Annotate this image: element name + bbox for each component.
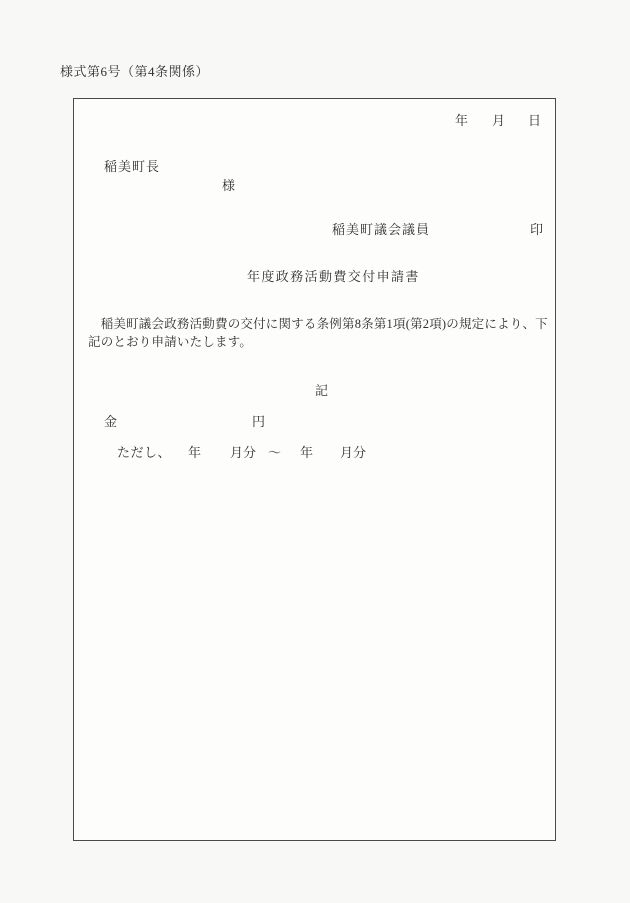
period-from-year-label: 年	[188, 442, 201, 461]
period-to-year-label: 年	[300, 442, 313, 461]
date-year-label: 年	[455, 110, 468, 129]
period-to-month-label: 月分	[340, 442, 366, 461]
applicant-role-label: 稲美町議会議員	[332, 219, 430, 238]
body-paragraph-line-1: 稲美町議会政務活動費の交付に関する条例第8条第1項(第2項)の規定により、下	[88, 316, 550, 334]
addressee-honorific: 様	[222, 175, 235, 194]
period-from-month-label: 月分	[230, 442, 256, 461]
amount-currency-prefix: 金	[104, 411, 117, 430]
date-day-label: 日	[528, 110, 541, 129]
amount-currency-suffix: 円	[252, 411, 265, 430]
period-range-tilde: ～	[268, 442, 281, 461]
application-form-paper: 年 月 日 稲美町長 様 稲美町議会議員 印 年度政務活動費交付申請書 稲美町議…	[73, 98, 556, 841]
document-page: 様式第6号（第4条関係） 年 月 日 稲美町長 様 稲美町議会議員 印 年度政務…	[0, 0, 630, 903]
body-paragraph-line-2: 記のとおり申請いたします。	[88, 334, 550, 352]
document-title: 年度政務活動費交付申請書	[247, 266, 420, 285]
body-paragraph: 稲美町議会政務活動費の交付に関する条例第8条第1項(第2項)の規定により、下 記…	[88, 316, 550, 351]
addressee-name: 稲美町長	[104, 156, 160, 175]
seal-placeholder-label: 印	[530, 219, 543, 238]
period-lead-label: ただし、	[117, 442, 171, 461]
record-heading: 記	[315, 380, 328, 399]
form-number-label: 様式第6号（第4条関係）	[60, 61, 209, 80]
date-month-label: 月	[492, 110, 505, 129]
